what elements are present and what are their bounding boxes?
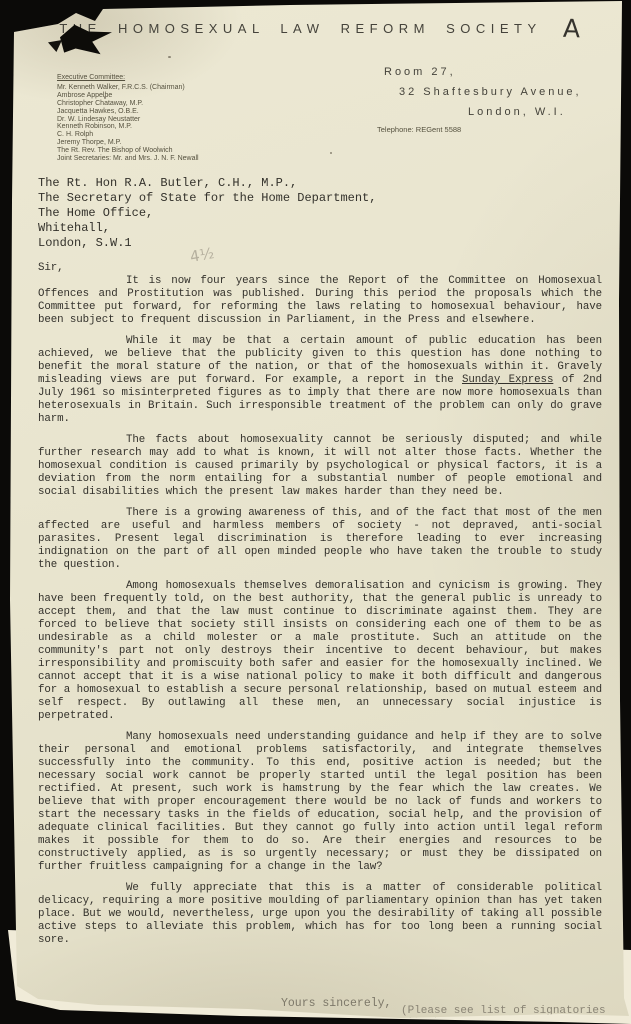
committee-member: Dr. W. Lindesay Neustatter xyxy=(57,116,199,124)
committee-member: Mr. Kenneth Walker, F.R.C.S. (Chairman) xyxy=(57,84,199,92)
telephone-line: Telephone: REGent 5588 xyxy=(377,125,461,134)
paragraph-1: It is now four years since the Report of… xyxy=(38,275,602,327)
paper-speck xyxy=(168,56,171,58)
paper-speck xyxy=(104,96,106,99)
committee-member: C. H. Rolph xyxy=(57,131,199,139)
salutation: Sir, xyxy=(38,262,602,275)
paragraph-7: We fully appreciate that this is a matte… xyxy=(38,882,602,947)
letter-body: Sir, It is now four years since the Repo… xyxy=(38,262,602,955)
recipient-line: The Rt. Hon R.A. Butler, C.H., M.P., xyxy=(38,176,376,191)
recipient-address-block: The Rt. Hon R.A. Butler, C.H., M.P., The… xyxy=(38,176,376,251)
underlined-publication-name: Sunday Express xyxy=(462,374,553,386)
paper-speck xyxy=(330,152,332,154)
committee-member: Kenneth Robinson, M.P. xyxy=(57,123,199,131)
committee-member: Jacquetta Hawkes, O.B.E. xyxy=(57,108,199,116)
committee-member: Jeremy Thorpe, M.P. xyxy=(57,139,199,147)
sender-address-line: 32 Shaftesbury Avenue, xyxy=(399,86,582,98)
executive-committee-list: Executive Committee: Mr. Kenneth Walker,… xyxy=(57,74,199,163)
paragraph-2: While it may be that a certain amount of… xyxy=(38,335,602,426)
sender-address-line: London, W.I. xyxy=(468,106,566,118)
recipient-line: Whitehall, xyxy=(38,221,376,236)
committee-secretaries: Joint Secretaries: Mr. and Mrs. J. N. F.… xyxy=(57,155,199,163)
recipient-line: The Secretary of State for the Home Depa… xyxy=(38,191,376,206)
committee-member: Christopher Chataway, M.P. xyxy=(57,100,199,108)
scanned-letter-page: THE HOMOSEXUAL LAW REFORM SOCIETY A Exec… xyxy=(0,0,631,1024)
sender-address-line: Room 27, xyxy=(384,66,456,78)
paragraph-4: There is a growing awareness of this, an… xyxy=(38,507,602,572)
signoff: Yours sincerely, xyxy=(281,997,391,1010)
paragraph-6: Many homosexuals need understanding guid… xyxy=(38,731,602,874)
committee-member: Ambrose Appelbe xyxy=(57,92,199,100)
paragraph-3: The facts about homosexuality cannot be … xyxy=(38,434,602,499)
archival-annotation-letter: A xyxy=(562,14,580,44)
paragraph-5: Among homosexuals themselves demoralisat… xyxy=(38,580,602,723)
committee-heading: Executive Committee: xyxy=(57,74,199,82)
recipient-line: The Home Office, xyxy=(38,206,376,221)
committee-member: The Rt. Rev. The Bishop of Woolwich xyxy=(57,147,199,155)
